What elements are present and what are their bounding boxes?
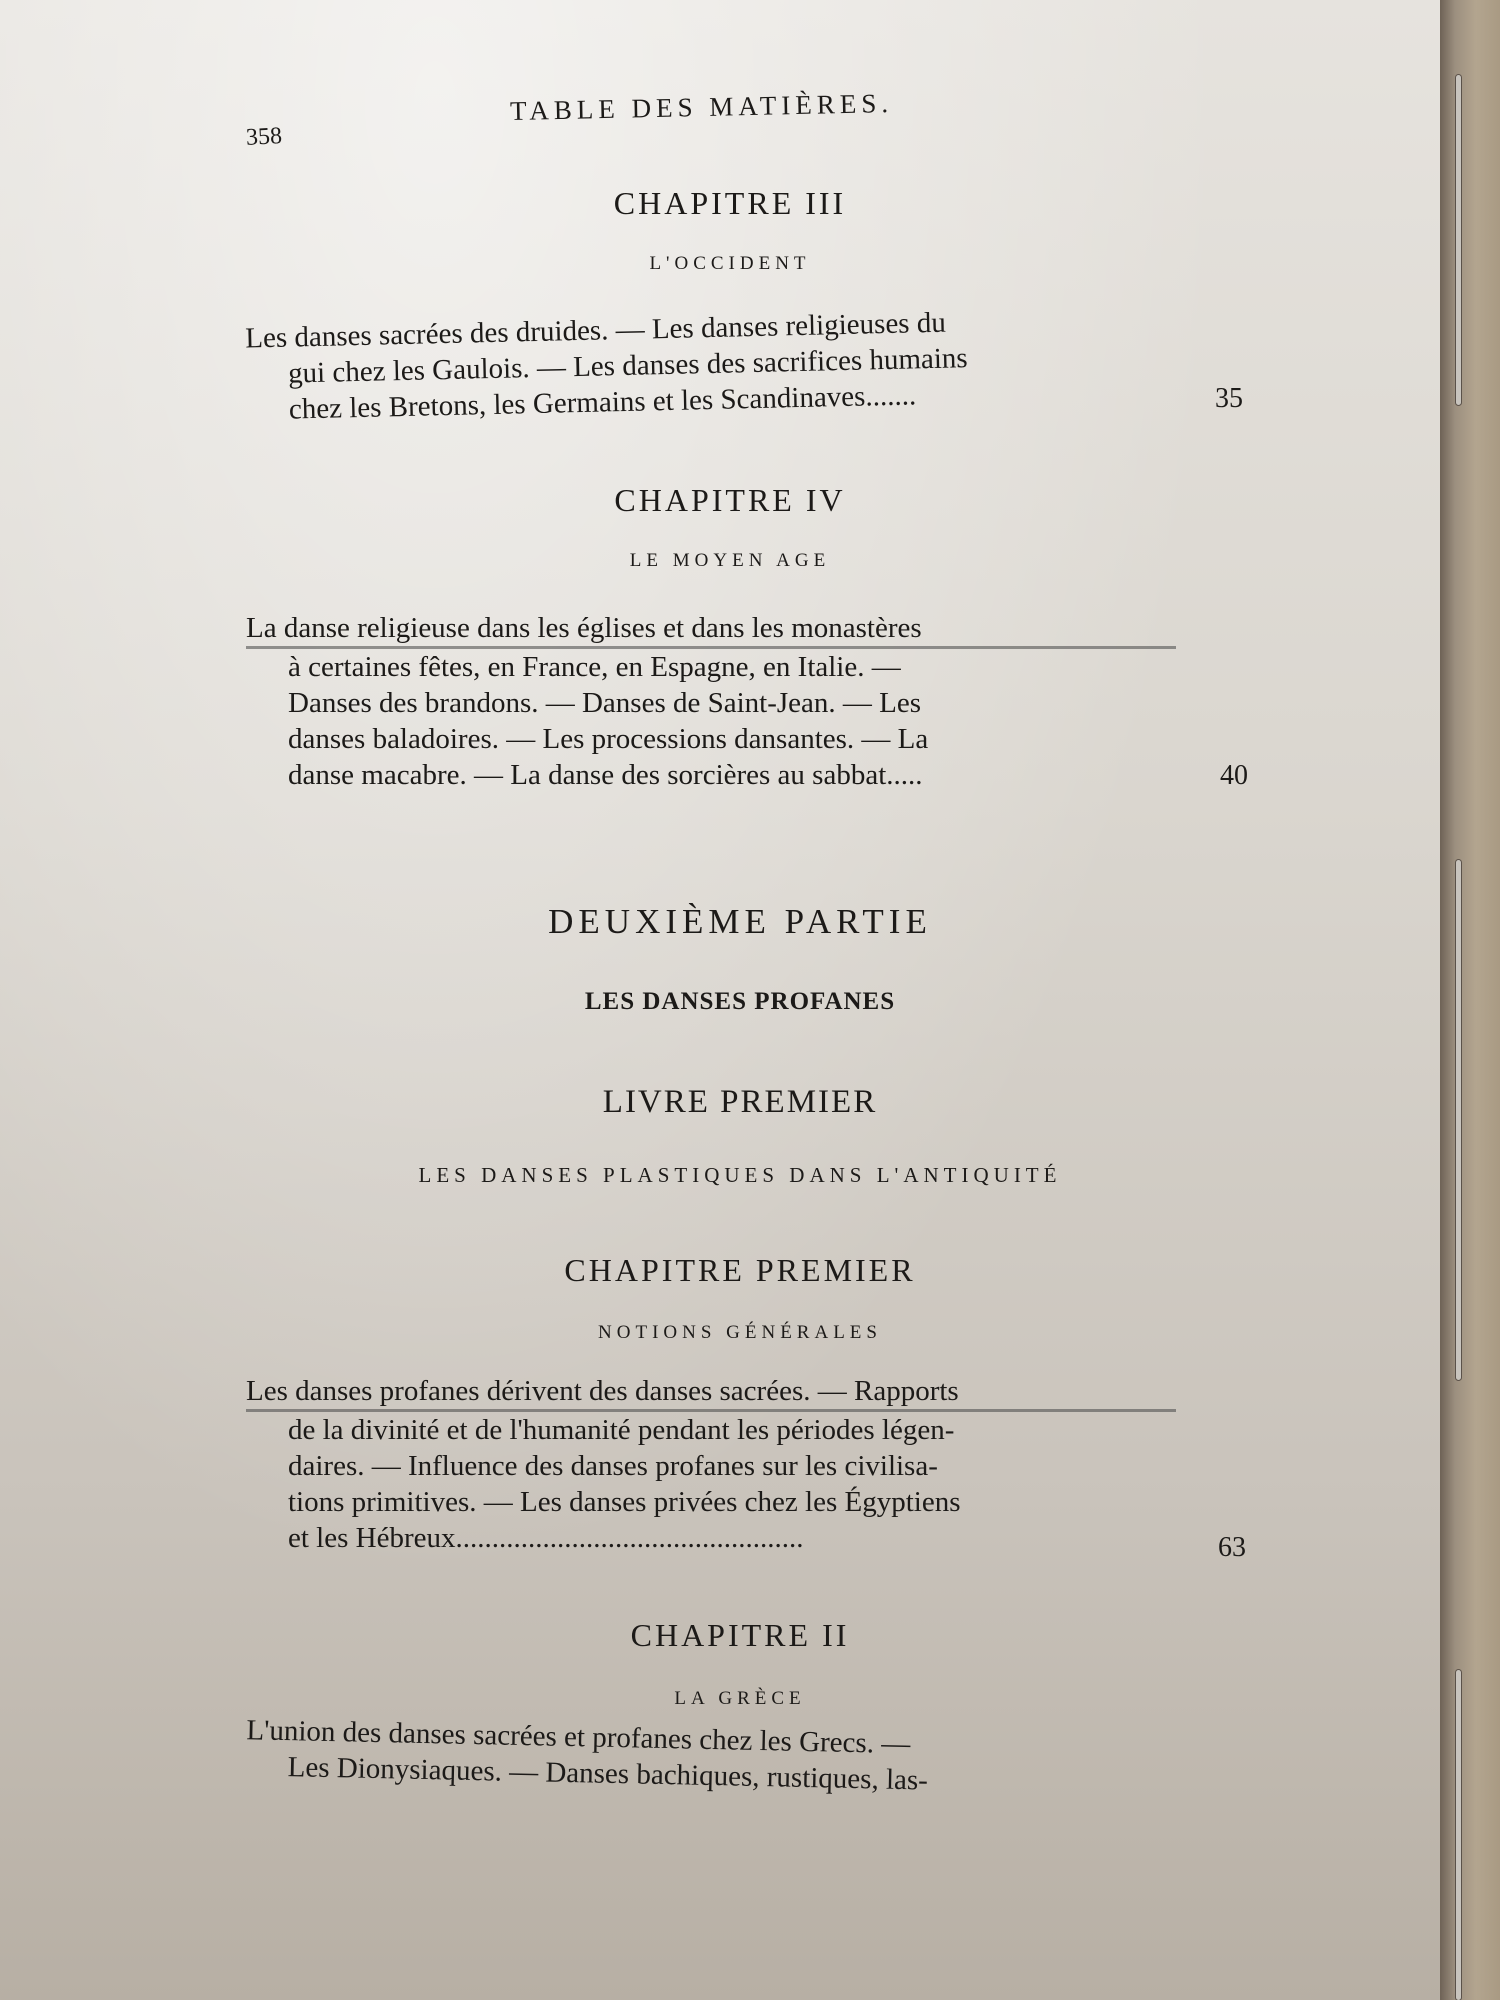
toc-entry: Les danses profanes dérivent des danses … bbox=[246, 1373, 1176, 1556]
chapter-heading: CHAPITRE PREMIER bbox=[240, 1252, 1240, 1289]
page-ref: 35 bbox=[1215, 383, 1243, 415]
part-subtitle: LES DANSES PROFANES bbox=[240, 988, 1240, 1016]
page-ref: 63 bbox=[1218, 1532, 1246, 1564]
entry-line: et les Hébreux..........................… bbox=[246, 1520, 1178, 1556]
entry-line: de la divinité et de l'humanité pendant … bbox=[246, 1412, 1176, 1448]
chapter-subtitle: L'OCCIDENT bbox=[230, 253, 1230, 275]
binding-thread bbox=[1456, 1670, 1461, 2000]
entry-line: Danses des brandons. — Danses de Saint-J… bbox=[246, 685, 1176, 721]
book-subtitle: LES DANSES PLASTIQUES DANS L'ANTIQUITÉ bbox=[240, 1163, 1240, 1188]
chapter-heading: CHAPITRE IV bbox=[230, 482, 1230, 519]
entry-line: daires. — Influence des danses profanes … bbox=[246, 1448, 1176, 1484]
entry-line: Les danses profanes dérivent des danses … bbox=[246, 1373, 1176, 1412]
binding-thread bbox=[1456, 75, 1461, 405]
part-title: DEUXIÈME PARTIE bbox=[240, 902, 1240, 942]
entry-line: à certaines fêtes, en France, en Espagne… bbox=[246, 649, 1176, 685]
chapter-subtitle: LA GRÈCE bbox=[240, 1688, 1240, 1710]
book-title: LIVRE PREMIER bbox=[240, 1084, 1240, 1121]
page-number: 358 bbox=[245, 123, 282, 152]
chapter-subtitle: LE MOYEN AGE bbox=[230, 550, 1230, 572]
page-ref: 40 bbox=[1220, 760, 1248, 792]
entry-line: danses baladoires. — Les processions dan… bbox=[246, 721, 1176, 757]
entry-line: tions primitives. — Les danses privées c… bbox=[246, 1484, 1176, 1520]
toc-entry: Les danses sacrées des druides. — Les da… bbox=[245, 299, 1177, 428]
binding-thread bbox=[1456, 860, 1461, 1380]
chapter-heading: CHAPITRE II bbox=[240, 1617, 1240, 1654]
entry-line: La danse religieuse dans les églises et … bbox=[246, 610, 1176, 649]
toc-entry: La danse religieuse dans les églises et … bbox=[246, 610, 1176, 793]
book-binding bbox=[1440, 0, 1500, 2000]
chapter-subtitle: NOTIONS GÉNÉRALES bbox=[240, 1322, 1240, 1344]
entry-line: danse macabre. — La danse des sorcières … bbox=[246, 757, 1176, 793]
chapter-heading: CHAPITRE III bbox=[230, 185, 1230, 222]
